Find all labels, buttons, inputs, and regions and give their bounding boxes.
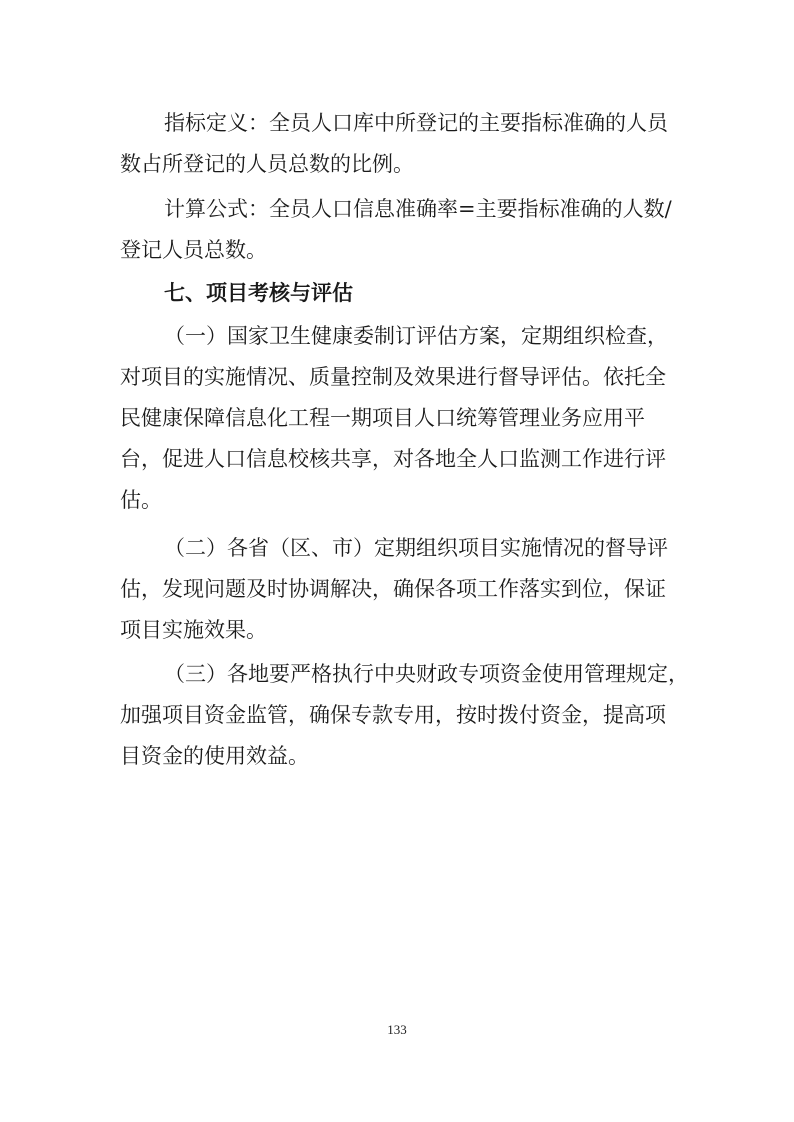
section-heading: 七、项目考核与评估: [120, 273, 680, 314]
paragraph-formula: 计算公式：全员人口信息准确率=主要指标准确的人数/ 登记人员总数。: [120, 189, 680, 271]
text-line: 民健康保障信息化工程一期项目人口统筹管理业务应用平: [120, 398, 680, 439]
text-line: （二）各省（区、市）定期组织项目实施情况的督导评: [120, 528, 680, 569]
page-number: 133: [0, 1022, 794, 1038]
heading-text: 七、项目考核与评估: [120, 273, 680, 314]
text-line: 估。: [120, 480, 680, 521]
paragraph-definition: 指标定义：全员人口库中所登记的主要指标准确的人员 数占所登记的人员总数的比例。: [120, 103, 680, 185]
text-line: 指标定义：全员人口库中所登记的主要指标准确的人员: [120, 103, 680, 144]
text-line: 目资金的使用效益。: [120, 736, 680, 777]
paragraph-item-3: （三）各地要严格执行中央财政专项资金使用管理规定， 加强项目资金监管，确保专款专…: [120, 654, 680, 777]
paragraph-item-2: （二）各省（区、市）定期组织项目实施情况的督导评 估，发现问题及时协调解决，确保…: [120, 528, 680, 651]
text-line: （一）国家卫生健康委制订评估方案，定期组织检查，: [120, 316, 680, 357]
text-line: 加强项目资金监管，确保专款专用，按时拨付资金，提高项: [120, 695, 680, 736]
text-line: 登记人员总数。: [120, 230, 680, 271]
paragraph-item-1: （一）国家卫生健康委制订评估方案，定期组织检查， 对项目的实施情况、质量控制及效…: [120, 316, 680, 521]
text-line: 计算公式：全员人口信息准确率=主要指标准确的人数/: [120, 189, 680, 230]
text-line: 估，发现问题及时协调解决，确保各项工作落实到位，保证: [120, 569, 680, 610]
text-line: 项目实施效果。: [120, 610, 680, 651]
text-line: 对项目的实施情况、质量控制及效果进行督导评估。依托全: [120, 357, 680, 398]
text-line: 台，促进人口信息校核共享，对各地全人口监测工作进行评: [120, 439, 680, 480]
document-page: 指标定义：全员人口库中所登记的主要指标准确的人员 数占所登记的人员总数的比例。 …: [0, 0, 794, 1122]
text-line: （三）各地要严格执行中央财政专项资金使用管理规定，: [120, 654, 680, 695]
text-line: 数占所登记的人员总数的比例。: [120, 144, 680, 185]
